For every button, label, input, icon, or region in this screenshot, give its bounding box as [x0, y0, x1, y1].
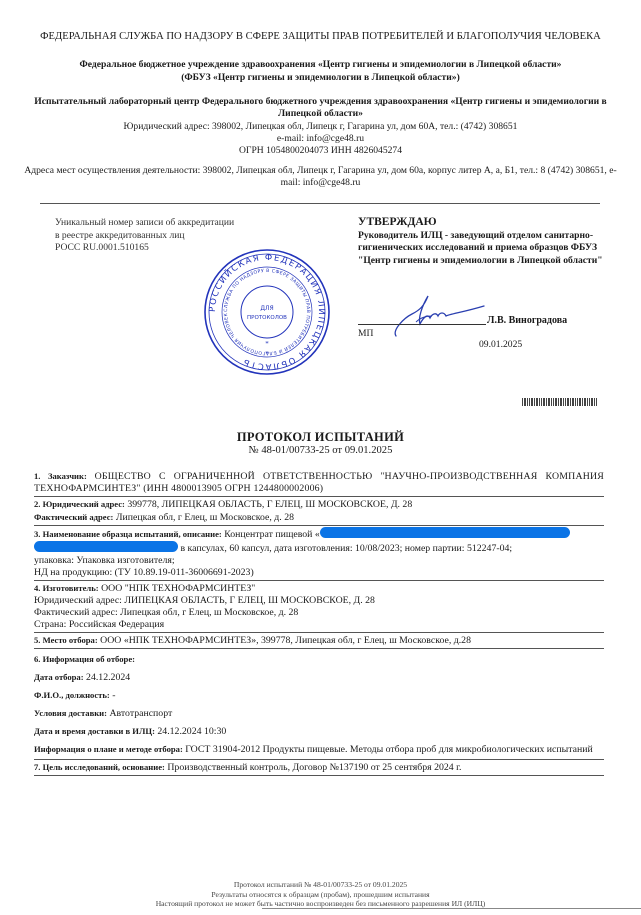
sampling-date-value: 24.12.2024	[86, 672, 130, 683]
section-legal-address: 2. Юридический адрес: 399778, ЛИПЕЦКАЯ О…	[34, 497, 604, 526]
approval-date: 09.01.2025	[479, 339, 522, 350]
redacted-product-name	[320, 527, 570, 538]
sampling-plan-value: ГОСТ 31904-2012 Продукты пищевые. Методы…	[185, 744, 592, 755]
svg-text:*: *	[265, 350, 269, 358]
official-stamp-icon: РОССИЙСКАЯ ФЕДЕРАЦИЯ ЛИПЕЦКАЯ ОБЛАСТЬ СЛ…	[203, 248, 331, 381]
lab-name: Испытательный лабораторный центр Федерал…	[20, 96, 621, 121]
footer-results-note: Результаты относятся к образцам (пробам)…	[0, 890, 641, 900]
redacted-product-name-cont	[34, 541, 178, 552]
section-manufacturer: 4. Изготовитель: ООО "НПК ТЕХНОФАРМСИНТЕ…	[34, 581, 604, 633]
customer-label: 1. Заказчик:	[34, 471, 87, 481]
svg-text:ПРОТОКОЛОВ: ПРОТОКОЛОВ	[247, 315, 287, 321]
ogrn-inn: ОГРН 1054800204073 ИНН 4826045274	[20, 145, 621, 157]
protocol-number: № 48-01/00733-25 от 09.01.2025	[0, 445, 641, 456]
sampling-date-label: Дата отбора:	[34, 672, 84, 682]
sampling-info-label: 6. Информация об отборе:	[34, 654, 135, 664]
legal-address: Юридический адрес: 398002, Липецкая обл,…	[20, 121, 621, 133]
signature-line	[358, 324, 486, 325]
customer-value: ОБЩЕСТВО С ОГРАНИЧЕННОЙ ОТВЕТСТВЕННОСТЬЮ…	[34, 471, 604, 494]
legal-address-label: 2. Юридический адрес:	[34, 499, 125, 509]
barcode-icon	[522, 398, 610, 406]
section-sampling-info: 6. Информация об отборе: Дата отбора: 24…	[34, 649, 604, 760]
manufacturer-actual-address: Фактический адрес: Липецкая обл, г Елец,…	[34, 607, 604, 619]
delivery-conditions-label: Условия доставки:	[34, 708, 107, 718]
approver-position: Руководитель ИЛЦ - заведующий отделом са…	[358, 230, 628, 268]
manufacturer-value: ООО "НПК ТЕХНОФАРМСИНТЕЗ"	[101, 583, 255, 594]
footer-divider	[262, 908, 641, 909]
accreditation-line-2: в реестре аккредитованных лиц	[55, 230, 234, 243]
agency-header: ФЕДЕРАЛЬНАЯ СЛУЖБА ПО НАДЗОРУ В СФЕРЕ ЗА…	[20, 30, 621, 43]
section-customer: 1. Заказчик: ОБЩЕСТВО С ОГРАНИЧЕННОЙ ОТВ…	[34, 469, 604, 497]
actual-address-value: Липецкая обл, г Елец, ш Московское, д. 2…	[116, 512, 294, 523]
purpose-label: 7. Цель исследований, основание:	[34, 762, 165, 772]
sampling-plan-label: Информация о плане и методе отбора:	[34, 744, 183, 754]
accreditation-line-1: Уникальный номер записи об аккредитации	[55, 217, 234, 230]
section-sampling-place: 5. Место отбора: ООО «НПК ТЕХНОФАРМСИНТЕ…	[34, 633, 604, 649]
page-footer: Протокол испытаний № 48-01/00733-25 от 0…	[0, 880, 641, 909]
manufacturer-label: 4. Изготовитель:	[34, 583, 99, 593]
sample-label: 3. Наименование образца испытаний, описа…	[34, 529, 222, 539]
sample-value-cont: в капсулах, 60 капсул, дата изготовления…	[180, 543, 512, 554]
header-divider	[40, 203, 600, 204]
delivery-time-value: 24.12.2024 10:30	[157, 726, 226, 737]
signer-name: Л.В. Виноградова	[487, 315, 567, 326]
lab-email: e-mail: info@cge48.ru	[20, 133, 621, 145]
svg-text:ДЛЯ: ДЛЯ	[260, 305, 273, 312]
seal-place-label: МП	[358, 328, 373, 339]
institution-name: Федеральное бюджетное учреждение здравоо…	[10, 59, 631, 84]
manufacturer-legal-address: Юридический адрес: ЛИПЕЦКАЯ ОБЛАСТЬ, Г Е…	[34, 595, 604, 607]
actual-address-label: Фактический адрес:	[34, 512, 113, 522]
sampling-place-label: 5. Место отбора:	[34, 635, 98, 645]
sampling-place-value: ООО «НПК ТЕХНОФАРМСИНТЕЗ», 399778, Липец…	[100, 635, 471, 646]
sample-nd: НД на продукцию: (ТУ 10.89.19-011-360066…	[34, 567, 604, 579]
activity-address: Адреса мест осуществления деятельности: …	[20, 165, 621, 190]
sample-value-start: Концентрат пищевой «	[224, 529, 320, 540]
section-purpose: 7. Цель исследований, основание: Произво…	[34, 760, 604, 776]
approval-block: УТВЕРЖДАЮ Руководитель ИЛЦ - заведующий …	[358, 216, 628, 267]
fio-label: Ф.И.О., должность:	[34, 690, 110, 700]
sample-packaging: упаковка: Упаковка изготовителя;	[34, 555, 604, 567]
institution-line-1: Федеральное бюджетное учреждение здравоо…	[10, 59, 631, 72]
manufacturer-country: Страна: Российская Федерация	[34, 619, 604, 631]
signature-icon	[390, 292, 490, 347]
approval-title: УТВЕРЖДАЮ	[358, 216, 628, 229]
delivery-time-label: Дата и время доставки в ИЛЦ:	[34, 726, 155, 736]
footer-protocol-ref: Протокол испытаний № 48-01/00733-25 от 0…	[0, 880, 641, 890]
purpose-value: Производственный контроль, Договор №1371…	[167, 762, 461, 773]
institution-line-2: (ФБУЗ «Центр гигиены и эпидемиологии в Л…	[10, 72, 631, 85]
protocol-title: ПРОТОКОЛ ИСПЫТАНИЙ	[0, 430, 641, 445]
delivery-conditions-value: Автотранспорт	[109, 708, 172, 719]
fio-value: -	[112, 690, 115, 701]
section-sample: 3. Наименование образца испытаний, описа…	[34, 526, 604, 581]
svg-text:*: *	[265, 340, 269, 348]
protocol-sections: 1. Заказчик: ОБЩЕСТВО С ОГРАНИЧЕННОЙ ОТВ…	[34, 469, 604, 776]
legal-address-value: 399778, ЛИПЕЦКАЯ ОБЛАСТЬ, Г ЕЛЕЦ, Ш МОСК…	[127, 499, 412, 510]
lab-info: Испытательный лабораторный центр Федерал…	[20, 96, 621, 157]
